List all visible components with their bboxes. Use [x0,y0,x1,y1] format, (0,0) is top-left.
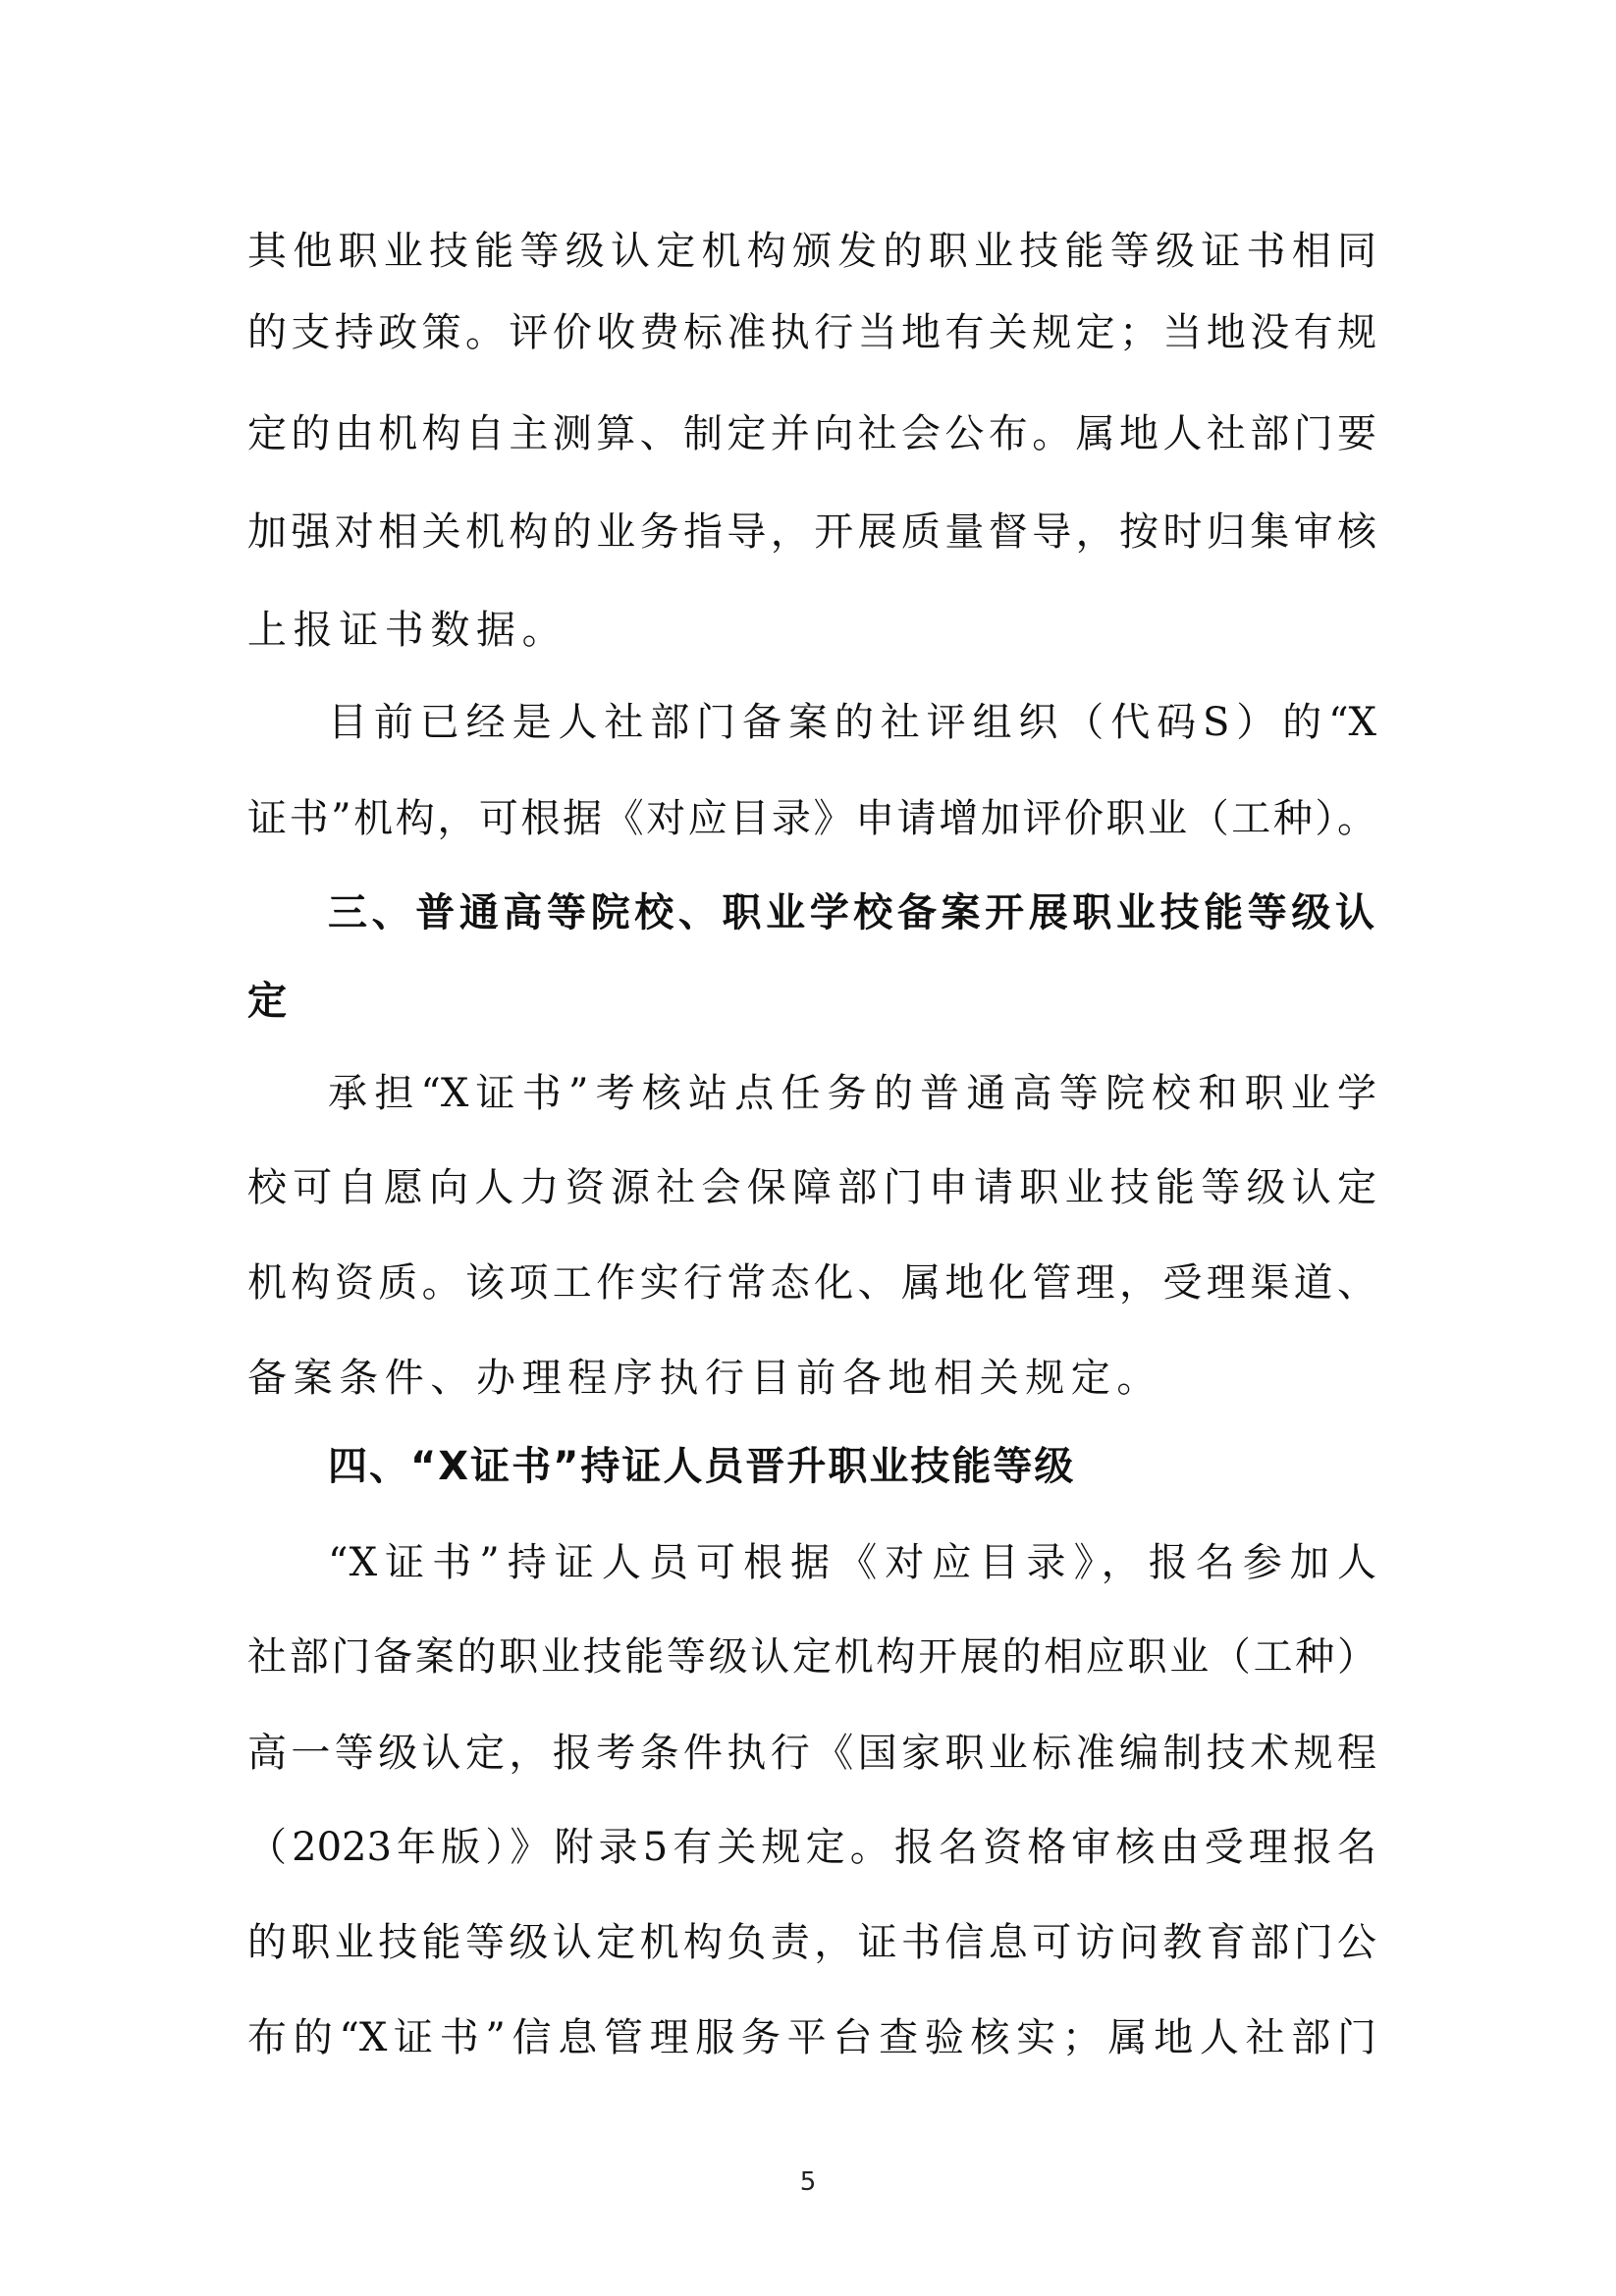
paragraph-line: 承担“X证书”考核站点任务的普通高等院校和职业学 [328,1070,1376,1117]
section-heading-continuation: 定 [247,978,1376,1025]
page-number: 5 [0,2167,1616,2197]
section-heading: 四、“X证书”持证人员晋升职业技能等级 [328,1443,1376,1490]
paragraph-line: 定的由机构自主测算、制定并向社会公布。属地人社部门要 [247,410,1376,457]
paragraph-line: 机构资质。该项工作实行常态化、属地化管理，受理渠道、 [247,1259,1376,1307]
paragraph-line: 的职业技能等级认定机构负责，证书信息可访问教育部门公 [247,1919,1376,1966]
paragraph-line: 其他职业技能等级认定机构颁发的职业技能等级证书相同 [247,228,1376,275]
paragraph-line: 的支持政策。评价收费标准执行当地有关规定；当地没有规 [247,309,1376,356]
paragraph-line: 证书”机构，可根据《对应目录》申请增加评价职业（工种）。 [247,795,1376,842]
paragraph-line: 布的“X证书”信息管理服务平台查验核实；属地人社部门 [247,2014,1376,2061]
paragraph-line: （2023年版）》附录5有关规定。报名资格审核由受理报名 [247,1824,1376,1871]
paragraph-line: 目前已经是人社部门备案的社评组织（代码S）的“X [328,699,1376,746]
paragraph-line: 备案条件、办理程序执行目前各地相关规定。 [247,1355,1376,1402]
paragraph-line: 加强对相关机构的业务指导，开展质量督导，按时归集审核 [247,508,1376,556]
paragraph-line: 校可自愿向人力资源社会保障部门申请职业技能等级认定 [247,1164,1376,1211]
paragraph-line: “X证书”持证人员可根据《对应目录》，报名参加人 [328,1539,1376,1586]
paragraph-line: 高一等级认定，报考条件执行《国家职业标准编制技术规程 [247,1730,1376,1777]
paragraph-line: 社部门备案的职业技能等级认定机构开展的相应职业（工种） [247,1633,1376,1681]
section-heading: 三、普通高等院校、职业学校备案开展职业技能等级认 [328,889,1376,936]
paragraph-line: 上报证书数据。 [247,607,1376,654]
document-page: 其他职业技能等级认定机构颁发的职业技能等级证书相同 的支持政策。评价收费标准执行… [0,0,1616,2296]
